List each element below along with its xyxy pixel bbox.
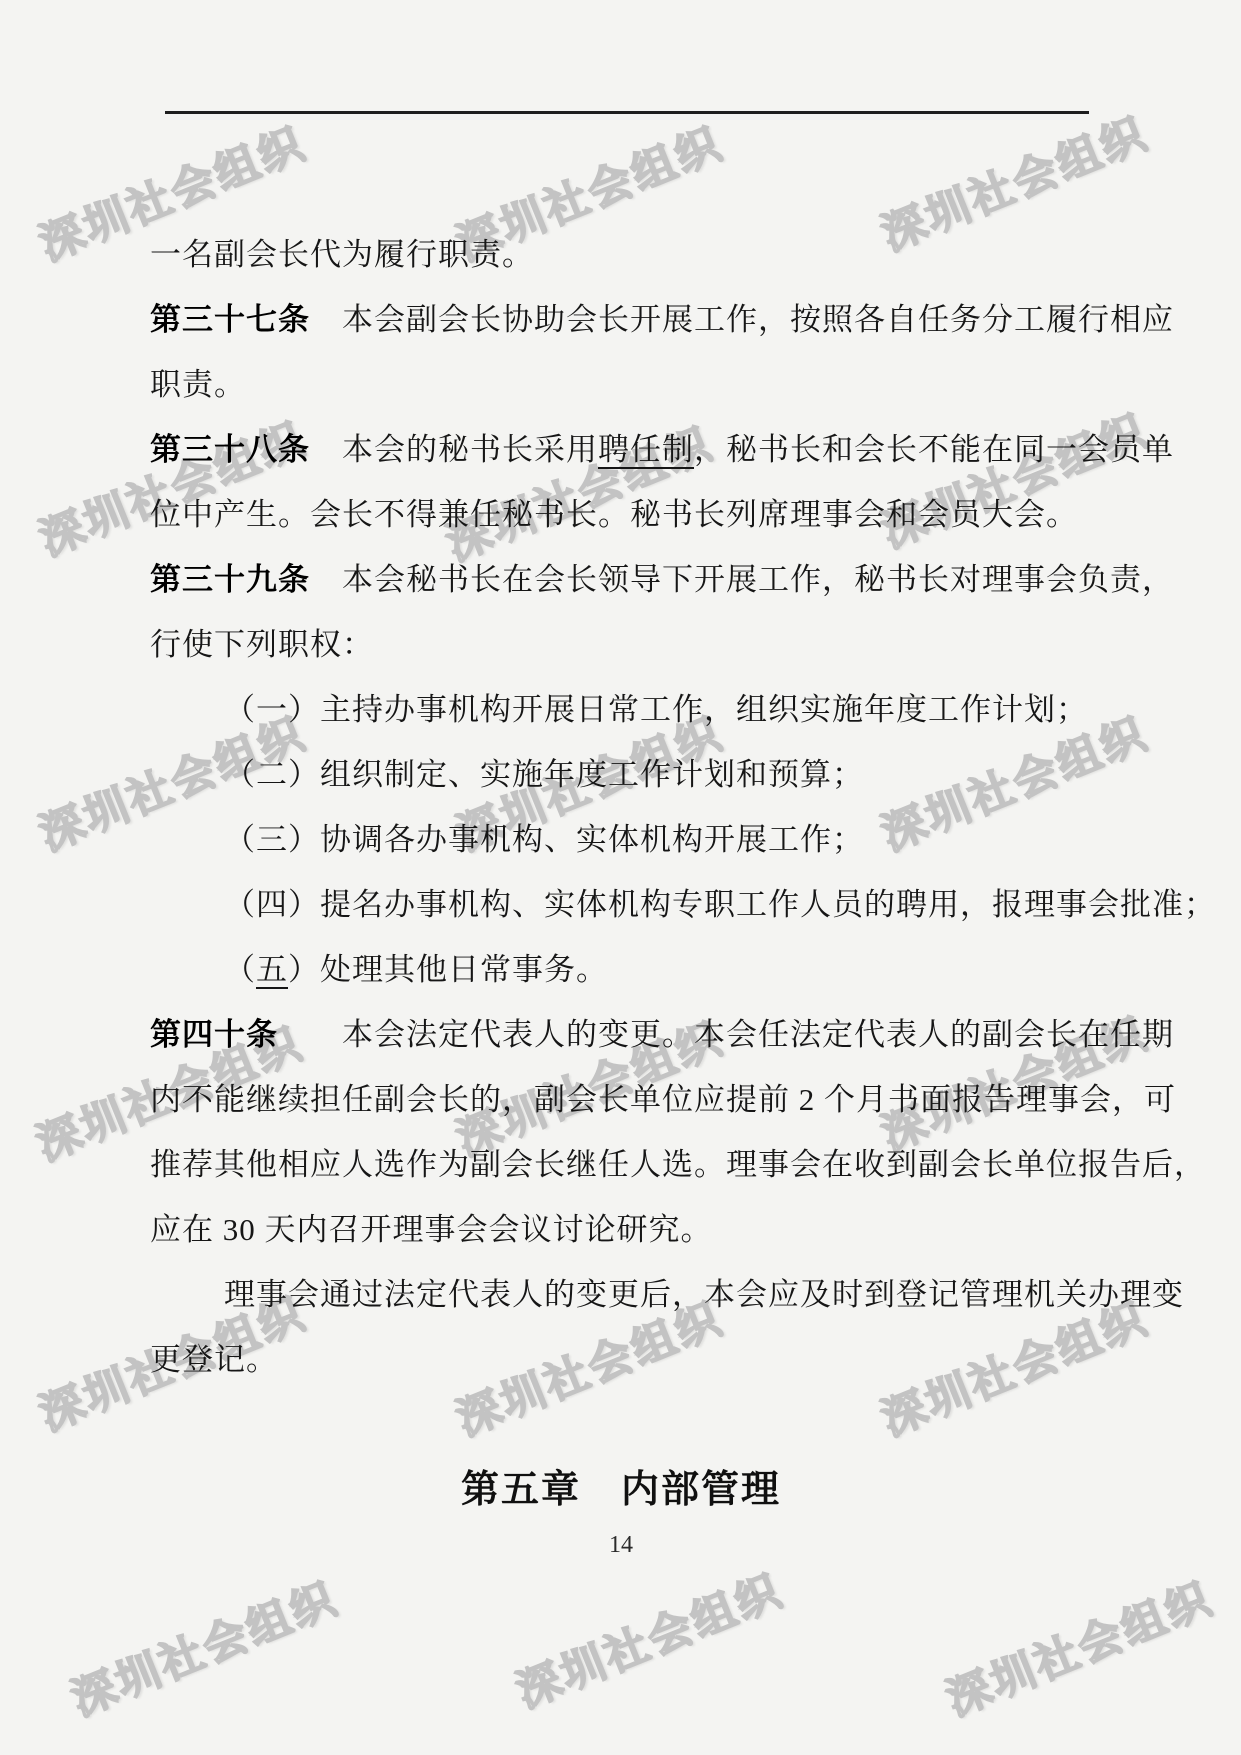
document-page: 深圳社会组织深圳社会组织深圳社会组织深圳社会组织深圳社会组织深圳社会组织深圳社会… bbox=[0, 0, 1241, 1755]
document-line: 第三十九条 本会秘书长在会长领导下开展工作，秘书长对理事会负责， bbox=[150, 547, 1092, 612]
header-rule bbox=[165, 111, 1089, 114]
document-line: 内不能继续担任副会长的，副会长单位应提前 2 个月书面报告理事会，可 bbox=[150, 1067, 1092, 1132]
chapter-heading: 第五章 内部管理 bbox=[150, 1458, 1092, 1513]
line-text: （二）组织制定、实施年度工作计划和预算； bbox=[224, 757, 864, 792]
line-text: 应在 30 天内召开理事会会议讨论研究。 bbox=[150, 1212, 713, 1247]
document-line: 位中产生。会长不得兼任秘书长。秘书长列席理事会和会员大会。 bbox=[150, 482, 1092, 547]
document-line: （二）组织制定、实施年度工作计划和预算； bbox=[150, 742, 1092, 807]
article-number: 第四十条 bbox=[150, 1017, 278, 1052]
document-line: 行使下列职权： bbox=[150, 612, 1092, 677]
document-line: （五）处理其他日常事务。 bbox=[150, 937, 1092, 1002]
line-text: ）处理其他日常事务。 bbox=[288, 952, 608, 987]
document-line: 一名副会长代为履行职责。 bbox=[150, 222, 1092, 287]
document-line: 第三十七条 本会副会长协助会长开展工作，按照各自任务分工履行相应 bbox=[150, 287, 1092, 352]
line-text: 本会副会长协助会长开展工作，按照各自任务分工履行相应 bbox=[310, 302, 1174, 337]
document-line: 应在 30 天内召开理事会会议讨论研究。 bbox=[150, 1197, 1092, 1262]
underlined-text: 五 bbox=[256, 952, 288, 987]
line-text: 一名副会长代为履行职责。 bbox=[150, 237, 534, 272]
underlined-text: 聘任制 bbox=[598, 432, 694, 467]
line-text: 本会法定代表人的变更。本会任法定代表人的副会长在任期 bbox=[278, 1017, 1174, 1052]
line-text: 更登记。 bbox=[150, 1342, 278, 1377]
document-line: 职责。 bbox=[150, 352, 1092, 417]
line-text: 位中产生。会长不得兼任秘书长。秘书长列席理事会和会员大会。 bbox=[150, 497, 1078, 532]
line-text: 理事会通过法定代表人的变更后，本会应及时到登记管理机关办理变 bbox=[224, 1277, 1184, 1312]
line-text: （四）提名办事机构、实体机构专职工作人员的聘用，报理事会批准； bbox=[224, 887, 1216, 922]
line-text: 行使下列职权： bbox=[150, 627, 374, 662]
document-line: 第四十条 本会法定代表人的变更。本会任法定代表人的副会长在任期 bbox=[150, 1002, 1092, 1067]
line-text: 内不能继续担任副会长的，副会长单位应提前 2 个月书面报告理事会，可 bbox=[150, 1082, 1176, 1117]
line-text: 职责。 bbox=[150, 367, 246, 402]
line-text: ，秘书长和会长不能在同一会员单 bbox=[694, 432, 1174, 467]
article-number: 第三十七条 bbox=[150, 302, 310, 337]
document-line: 推荐其他相应人选作为副会长继任人选。理事会在收到副会长单位报告后， bbox=[150, 1132, 1092, 1197]
watermark-text: 深圳社会组织 bbox=[40, 1559, 370, 1742]
document-line: （三）协调各办事机构、实体机构开展工作； bbox=[150, 807, 1092, 872]
line-text: （一）主持办事机构开展日常工作，组织实施年度工作计划； bbox=[224, 692, 1088, 727]
document-line: 理事会通过法定代表人的变更后，本会应及时到登记管理机关办理变 bbox=[150, 1262, 1092, 1327]
line-text: 推荐其他相应人选作为副会长继任人选。理事会在收到副会长单位报告后， bbox=[150, 1147, 1206, 1182]
watermark-text: 深圳社会组织 bbox=[915, 1559, 1241, 1742]
document-line: 第三十八条 本会的秘书长采用聘任制，秘书长和会长不能在同一会员单 bbox=[150, 417, 1092, 482]
document-line: 更登记。 bbox=[150, 1327, 1092, 1392]
line-text: （三）协调各办事机构、实体机构开展工作； bbox=[224, 822, 864, 857]
document-line: （四）提名办事机构、实体机构专职工作人员的聘用，报理事会批准； bbox=[150, 872, 1092, 937]
line-text: （ bbox=[224, 952, 256, 987]
line-text: 本会的秘书长采用 bbox=[310, 432, 598, 467]
article-number: 第三十九条 bbox=[150, 562, 310, 597]
document-line: （一）主持办事机构开展日常工作，组织实施年度工作计划； bbox=[150, 677, 1092, 742]
page-number: 14 bbox=[150, 1532, 1092, 1559]
line-text: 本会秘书长在会长领导下开展工作，秘书长对理事会负责， bbox=[310, 562, 1174, 597]
document-body: 一名副会长代为履行职责。第三十七条 本会副会长协助会长开展工作，按照各自任务分工… bbox=[150, 222, 1092, 1392]
watermark-text: 深圳社会组织 bbox=[485, 1551, 815, 1734]
article-number: 第三十八条 bbox=[150, 432, 310, 467]
